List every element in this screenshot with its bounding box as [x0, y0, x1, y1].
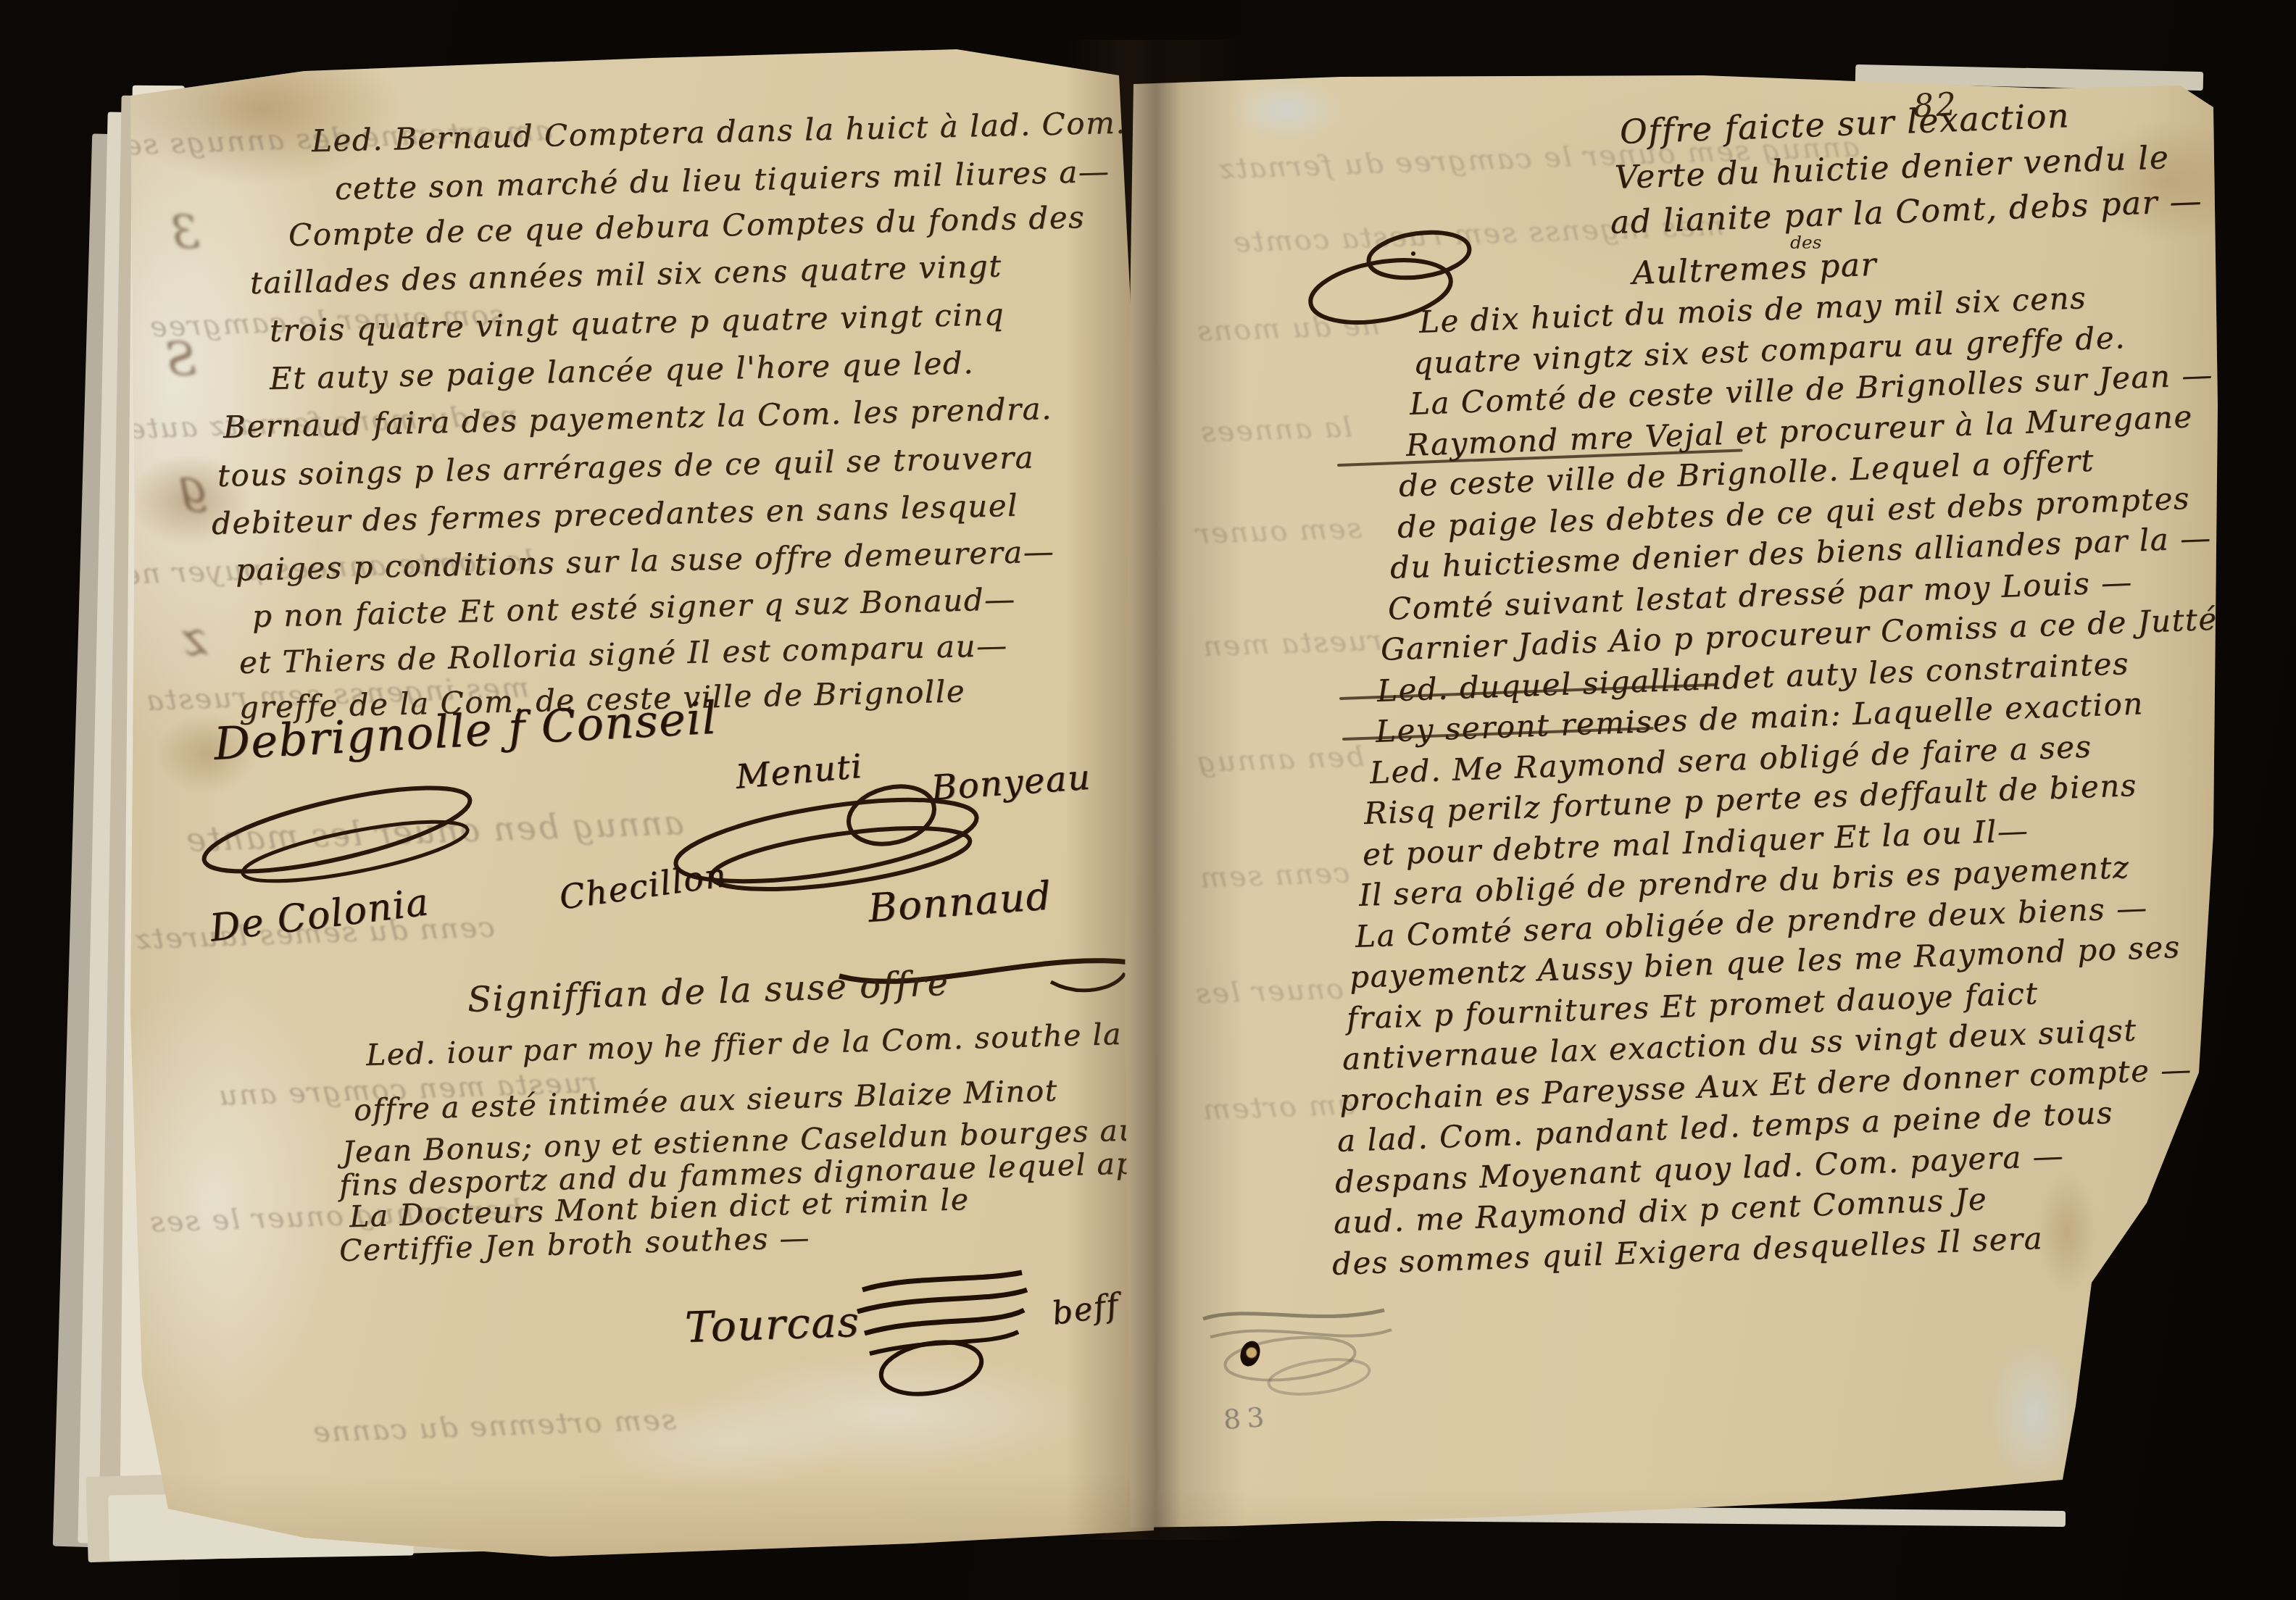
manuscript-line: Certiffie Jen broth southes —	[338, 1220, 810, 1268]
signature-menuti: Menuti	[734, 746, 865, 796]
bleedthrough-line: ruesta men comgre anu	[217, 1066, 598, 1112]
cancellation-stroke	[1342, 727, 1654, 741]
gutter-shadow	[1065, 40, 1247, 1540]
signature-flourish	[188, 779, 500, 909]
closing-paraph-scribble	[844, 1259, 1047, 1404]
initial-flourish	[1305, 225, 1478, 333]
manuscript-line: Compte de ce que debura Comptes du fonds…	[288, 199, 1085, 253]
manuscript-line: cette son marché du lieu tiquiers mil li…	[334, 154, 1110, 207]
manuscript-line: Comté suivant lestat dressé par moy Loui…	[1387, 564, 2133, 627]
cancellation-stroke	[1337, 449, 1743, 467]
ink-showthrough-mark: g	[178, 460, 208, 514]
manuscript-line: Jean Bonus; ony et estienne Caseldun bou…	[341, 1112, 1157, 1170]
manuscript-line: du huictiesme denier des biens alliandes…	[1389, 520, 2212, 586]
heading-line: Verte du huictie denier vendu le	[1614, 139, 2170, 196]
manuscript-line: et pour debtre mal Indiquer Et la ou Il—	[1362, 812, 2029, 872]
manuscript-line: taillades des années mil six cens quatre…	[249, 248, 1002, 301]
manuscript-line: de ceste ville de Brignolle. Lequel a of…	[1398, 443, 2095, 504]
manuscript-line: et Thiers de Rolloria signé Il est compa…	[238, 628, 1008, 680]
manuscript-line: La Docteurs Mont bien dict et rimin le	[349, 1182, 970, 1234]
manuscript-line: de paige les debtes de ce qui est debs p…	[1397, 480, 2191, 545]
manuscript-photograph: am ortemne des annugs sem som ouner le c…	[0, 0, 2296, 1600]
manuscript-line: paiges p conditions sur la suse offre de…	[235, 533, 1055, 588]
manuscript-line: Le dix huict du mois de may mil six cens	[1418, 280, 2087, 340]
manuscript-line: payementz Aussy bien que les me Raymond …	[1349, 929, 2181, 995]
signature-checillon: Checillon	[557, 855, 729, 917]
bleedthrough-line: cenn du semes lauretz	[133, 910, 495, 956]
manuscript-line: Garnier Jadis Aio p procureur Comiss a c…	[1380, 600, 2260, 667]
manuscript-line: despans Moyenant quoy lad. Com. payera —	[1334, 1138, 2065, 1200]
bleedthrough-line: annug ben onuer les mante	[184, 803, 684, 859]
manuscript-line: Risq perilz fortune p perte es deffault …	[1363, 767, 2138, 831]
bleedthrough-line: som ouner le camgree	[148, 298, 505, 343]
signature-paraph	[652, 772, 1000, 917]
bleedthrough-line: ne du mons fernatz aute	[126, 399, 518, 446]
manuscript-line: trois quatre vingt quatre p quatre vingt…	[269, 296, 1004, 349]
manuscript-line: debiteur des fermes precedantes en sans …	[211, 488, 1018, 541]
manuscript-line: quatre vingtz six est comparu au greffe …	[1413, 320, 2126, 381]
signature-tourcas: Tourcas	[684, 1297, 861, 1352]
page-stack-edge-top-right	[1855, 64, 2203, 91]
manuscript-line: offre a esté intimée aux sieurs Blaize M…	[353, 1073, 1058, 1128]
manuscript-line: prochain es Pareysse Aux Et dere donner …	[1339, 1051, 2192, 1118]
manuscript-line: Led. duquel sigalliandet auty les constr…	[1376, 646, 2130, 709]
manuscript-line: des sommes quil Exigera desquelles Il se…	[1331, 1220, 2044, 1282]
manuscript-line: Raymond mre Vejal et procureur à la Mure…	[1405, 399, 2193, 463]
manuscript-line: Bernaud faira des payementz la Com. les …	[222, 391, 1052, 445]
manuscript-line: aud. me Raymond dix p cent Comnus Je	[1333, 1181, 1988, 1241]
page-stack-edge-bottom	[108, 1490, 414, 1560]
heading-line: ad lianite par la Comt, debs par —	[1610, 183, 2203, 241]
manuscript-line: fins desportz and du fammes dignoraue le…	[338, 1145, 1170, 1203]
manuscript-line: a lad. Com. pandant led. temps a peine d…	[1336, 1095, 2114, 1159]
manuscript-line: Et auty se paige lancée que l'hore que l…	[269, 345, 974, 396]
signature-debrignolle: Debrignolle ƒ Conseil	[212, 691, 718, 770]
manuscript-line: Ley seront remises de main: Laquelle exa…	[1375, 686, 2144, 749]
bleedthrough-line: sem ortemne du canne	[311, 1403, 677, 1449]
manuscript-line: p non faicte Et ont esté signer q suz Bo…	[251, 581, 1016, 634]
signature-decolonia: De Colonia	[207, 880, 431, 951]
bleedthrough-line: mes ingenss sem ruesta	[144, 671, 529, 717]
manuscript-line: antivernaue lax exaction du ss vingt deu…	[1342, 1012, 2137, 1077]
heading-line: Aultremes par	[1631, 246, 1878, 292]
signature-bonnaud: Bonnaud	[867, 872, 1054, 931]
heading-line: Offre faicte sur lexaction	[1619, 96, 2071, 151]
bleedthrough-line: annug sem ouner le camgree du fernatz	[1217, 130, 1860, 186]
page-number: 82	[1913, 86, 1960, 125]
bleedthrough-line: la comte annees puyer ne	[121, 543, 534, 591]
manuscript-line: Led. Bernaud Comptera dans la huict à la…	[311, 104, 1126, 158]
manuscript-line: fraix p fournitures Et promet dauoye fai…	[1346, 975, 2039, 1036]
cancellation-stroke	[1339, 683, 1716, 700]
bleedthrough-line: ben annug onuer le ses	[148, 1193, 523, 1239]
manuscript-line: Led. Me Raymond sera obligé de faire a s…	[1369, 728, 2092, 791]
manuscript-line: tous soings p les arrérages de ce quil s…	[217, 439, 1034, 493]
ink-showthrough-mark: z	[183, 612, 207, 666]
bleedthrough-line: mes ingenss sem ruesta comte	[1231, 209, 1724, 259]
manuscript-line: Il sera obligé de prendre du bris es pay…	[1358, 849, 2130, 913]
manuscript-line: Led. iour par moy he ffier de la Com. so…	[365, 1014, 1186, 1072]
section-heading: Signiffian de la suse offre	[467, 963, 949, 1020]
manuscript-line: La Comté de ceste ville de Brignolles su…	[1409, 357, 2213, 422]
manuscript-line: greffe de la Com. de ceste ville de Brig…	[238, 673, 965, 725]
page-stack-edge-bottom-right	[1232, 1504, 2066, 1527]
manuscript-line: La Comté sera obligée de prendre deux bi…	[1355, 890, 2148, 954]
heading-superscript: des	[1790, 232, 1822, 253]
